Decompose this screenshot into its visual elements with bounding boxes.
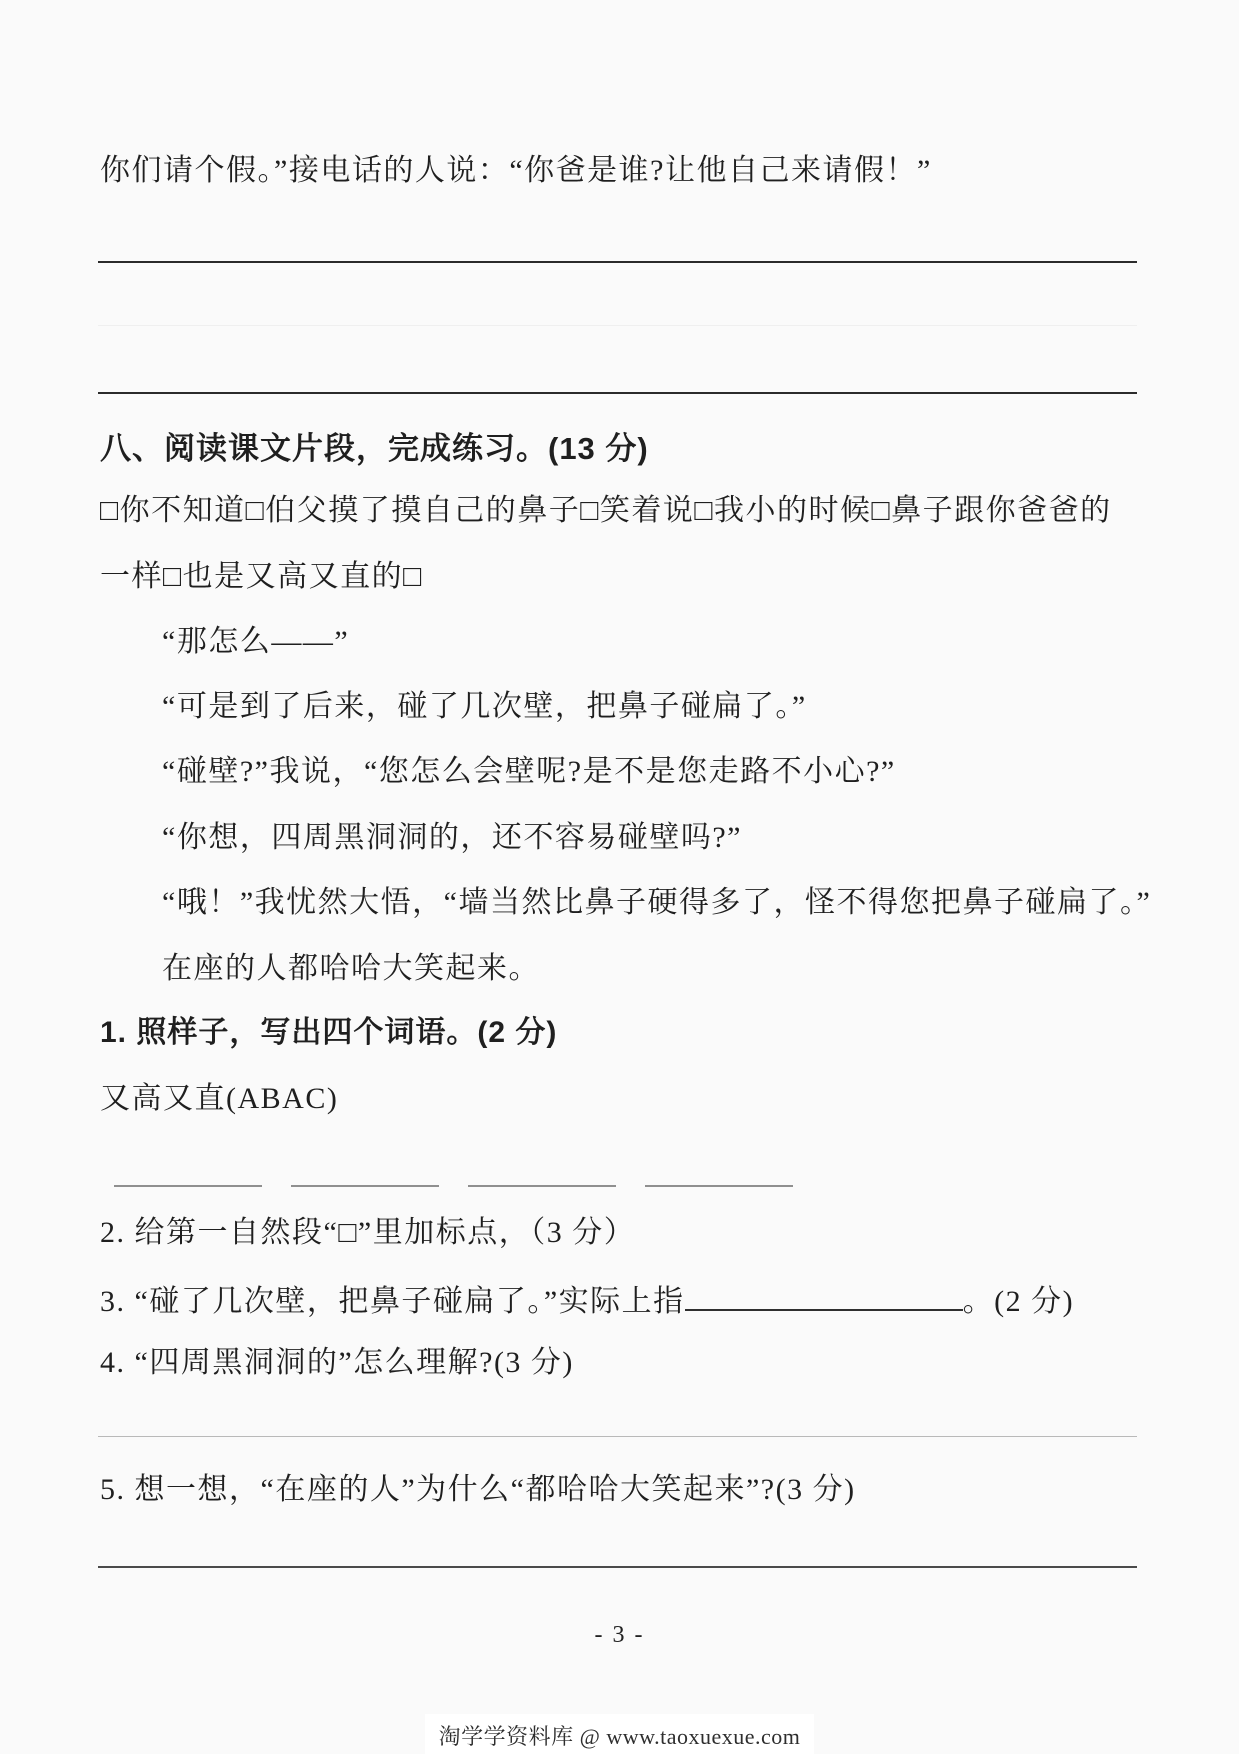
question-3-text: 3. “碰了几次壁，把鼻子碰扁了。”实际上指 (100, 1285, 685, 1318)
exam-page: 你们请个假。”接电话的人说：“你爸是谁?让他自己来请假！” 八、阅读课文片段，完… (0, 0, 1239, 1754)
question-4: 4. “四周黑洞洞的”怎么理解?(3 分) (100, 1344, 1139, 1382)
answer-blank-inline (685, 1279, 963, 1311)
passage-line: “你想，四周黑洞洞的，还不容易碰壁吗?” (100, 819, 1139, 857)
answer-blank (645, 1160, 793, 1187)
answer-line-5 (98, 1566, 1137, 1568)
passage-line: “碰壁?”我说，“您怎么会壁呢?是不是您走路不小心?” (100, 753, 1139, 791)
section-heading: 八、阅读课文片段，完成练习。(13 分) (100, 430, 1139, 468)
footer-credit: 淘学学资料库 @ www.taoxuexue.com (0, 1714, 1239, 1754)
answer-blank (291, 1160, 439, 1187)
passage-line: 在座的人都哈哈大笑起来。 (100, 950, 1139, 988)
intro-overflow-text: 你们请个假。”接电话的人说：“你爸是谁?让他自己来请假！” (100, 152, 1139, 190)
page-number: - 3 - (0, 1622, 1239, 1649)
question-3: 3. “碰了几次壁，把鼻子碰扁了。”实际上指。(2 分) (100, 1279, 1139, 1321)
question-5: 5. 想一想，“在座的人”为什么“都哈哈大笑起来”?(3 分) (100, 1471, 1139, 1509)
question-1-answer-blanks (114, 1160, 822, 1192)
answer-line-4 (98, 1436, 1137, 1437)
question-1-example: 又高又直(ABAC) (100, 1080, 1139, 1118)
passage-line: “哦！”我忧然大悟，“墙当然比鼻子硬得多了，怪不得您把鼻子碰扁了。” (100, 884, 1139, 922)
answer-blank (114, 1160, 262, 1187)
question-3-score: 。(2 分) (963, 1285, 1074, 1318)
question-1-heading: 1. 照样子，写出四个词语。(2 分) (100, 1014, 1139, 1052)
question-2: 2. 给第一自然段“□”里加标点，（3 分） (100, 1214, 1139, 1252)
footer-credit-text: 淘学学资料库 @ www.taoxuexue.com (425, 1714, 815, 1754)
passage-line: 一样□也是又高又直的□ (100, 558, 1139, 596)
answer-blank (468, 1160, 616, 1187)
answer-line-3 (98, 392, 1137, 394)
passage-line: “可是到了后来，碰了几次壁，把鼻子碰扁了。” (100, 688, 1139, 726)
answer-line-2 (98, 325, 1137, 326)
passage-line: “那怎么——” (100, 623, 1139, 661)
passage-line: □你不知道□伯父摸了摸自己的鼻子□笑着说□我小的时候□鼻子跟你爸爸的 (100, 492, 1139, 530)
answer-line-1 (98, 261, 1137, 263)
